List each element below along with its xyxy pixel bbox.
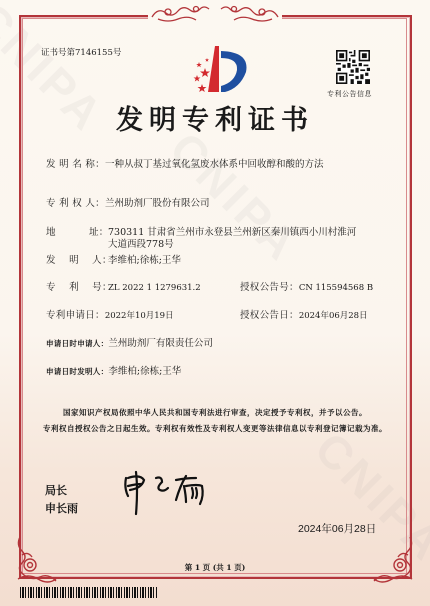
certificate-title: 发明专利证书 <box>0 98 430 137</box>
patent-number-label: 专 利 号： <box>46 279 108 293</box>
grant-pub-date-value: 2024年06月28日 <box>299 311 368 321</box>
inventor-at-filing-field: 申请日时发明人：李维柏;徐栋;王华 <box>46 363 181 377</box>
grant-pub-no-label: 授权公告号： <box>240 279 299 293</box>
address-value-line2: 大道西段778号 <box>108 236 174 250</box>
filing-date-label: 专利申请日： <box>46 307 105 321</box>
address-field: 地 址：730311 甘肃省兰州市永登县兰州新区秦川镇西小川村淮河 <box>46 224 356 238</box>
address-label: 地 址： <box>46 224 108 238</box>
inventor-label: 发 明 人： <box>46 252 108 266</box>
certificate-page: CNIPA CNIPA CNIPA 证书号第7146155号 <box>0 0 430 606</box>
grant-pub-date-field: 授权公告日：2024年06月28日 <box>240 307 368 321</box>
page-indicator: 第 1 页 (共 1 页) <box>0 562 430 573</box>
qr-code-icon[interactable] <box>336 50 370 84</box>
patentee-field: 专 利 权 人：兰州助剂厂股份有限公司 <box>46 195 209 209</box>
grant-pub-no-field: 授权公告号：CN 115594568 B <box>240 279 373 293</box>
applicant-at-filing-field: 申请日时申请人：兰州助剂厂有限责任公司 <box>46 335 213 349</box>
certificate-number: 证书号第7146155号 <box>41 46 121 58</box>
inventor-value: 李维柏;徐栋;王华 <box>108 255 181 266</box>
filing-date-field: 专利申请日：2022年10月19日 <box>46 307 174 321</box>
issue-date: 2024年06月28日 <box>298 521 376 536</box>
top-ornament-icon <box>148 3 282 25</box>
invention-name-label: 发 明 名 称： <box>46 156 105 170</box>
invention-name-value: 一种从叔丁基过氧化氢废水体系中回收醇和酸的方法 <box>105 159 324 170</box>
inventor-at-filing-label: 申请日时发明人： <box>46 366 108 377</box>
applicant-at-filing-value: 兰州助剂厂有限责任公司 <box>108 338 213 349</box>
patent-number-value: ZL 2022 1 1279631.2 <box>108 283 201 293</box>
inventor-at-filing-value: 李维柏;徐栋;王华 <box>108 366 181 377</box>
inventor-field: 发 明 人：李维柏;徐栋;王华 <box>46 252 181 266</box>
corner-ornament-icon <box>372 535 416 585</box>
invention-name-field: 发 明 名 称：一种从叔丁基过氧化氢废水体系中回收醇和酸的方法 <box>46 156 323 170</box>
director-name: 申长雨 <box>45 500 78 516</box>
patentee-value: 兰州助剂厂股份有限公司 <box>105 198 210 209</box>
grant-pub-no-value: CN 115594568 B <box>299 283 373 293</box>
patent-number-field: 专 利 号：ZL 2022 1 1279631.2 <box>46 279 201 293</box>
grant-pub-date-label: 授权公告日： <box>240 307 299 321</box>
cnipa-logo-icon <box>180 46 250 98</box>
director-title: 局长 <box>45 482 67 498</box>
filing-date-value: 2022年10月19日 <box>105 311 174 321</box>
patentee-label: 专 利 权 人： <box>46 195 105 209</box>
barcode-icon <box>20 587 157 598</box>
corner-ornament-icon <box>14 535 58 585</box>
signature-icon <box>120 468 230 518</box>
notice-line-2: 专利权自授权公告之日起生效。专利权有效性及专利权人变更等法律信息以专利登记簿记载… <box>0 423 430 434</box>
applicant-at-filing-label: 申请日时申请人： <box>46 338 108 349</box>
notice-line-1: 国家知识产权局依照中华人民共和国专利法进行审查，决定授予专利权，并予以公告。 <box>0 407 430 418</box>
